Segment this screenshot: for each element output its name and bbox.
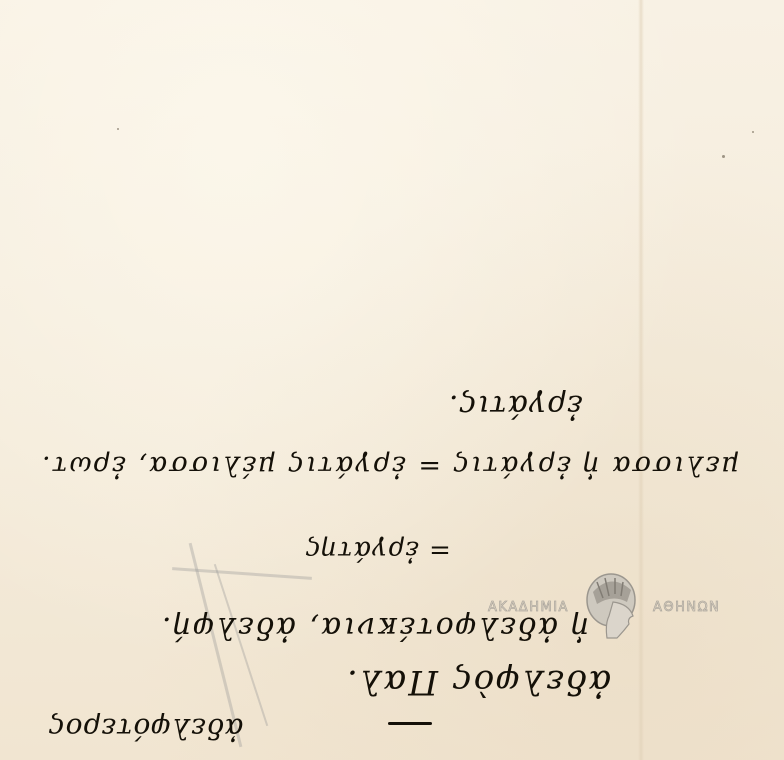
paper-speck: [752, 131, 754, 133]
watermark-right-text: ΑΘΗΝΩΝ: [653, 600, 720, 615]
handwritten-line: μελισσα ἡ ἐργάτις = ἐργάτις μέλισσα, ἐρω…: [40, 450, 739, 481]
handwritten-line: = ἐργάτης: [305, 535, 451, 565]
underline-stroke: [388, 722, 432, 725]
athena-head-icon: [583, 572, 641, 642]
handwritten-line: ἐργάτις.: [448, 388, 583, 423]
pencil-mark: [214, 564, 268, 726]
handwritten-line: ἡ ἀδελφοτέκνια, ἀδελφή.: [160, 610, 590, 645]
pencil-mark: [172, 567, 312, 580]
handwritten-line: ἀδελφὸς Παλ.: [345, 662, 611, 702]
handwritten-line: ἀδελφότερος: [48, 712, 244, 745]
manuscript-page: ΑΚΑΔΗΜΙΑ ΑΘΗΝΩΝ ἐργάτις. μελισσα ἡ ἐργάτ…: [0, 0, 784, 760]
paper-speck: [722, 155, 725, 158]
paper-speck: [117, 128, 119, 130]
